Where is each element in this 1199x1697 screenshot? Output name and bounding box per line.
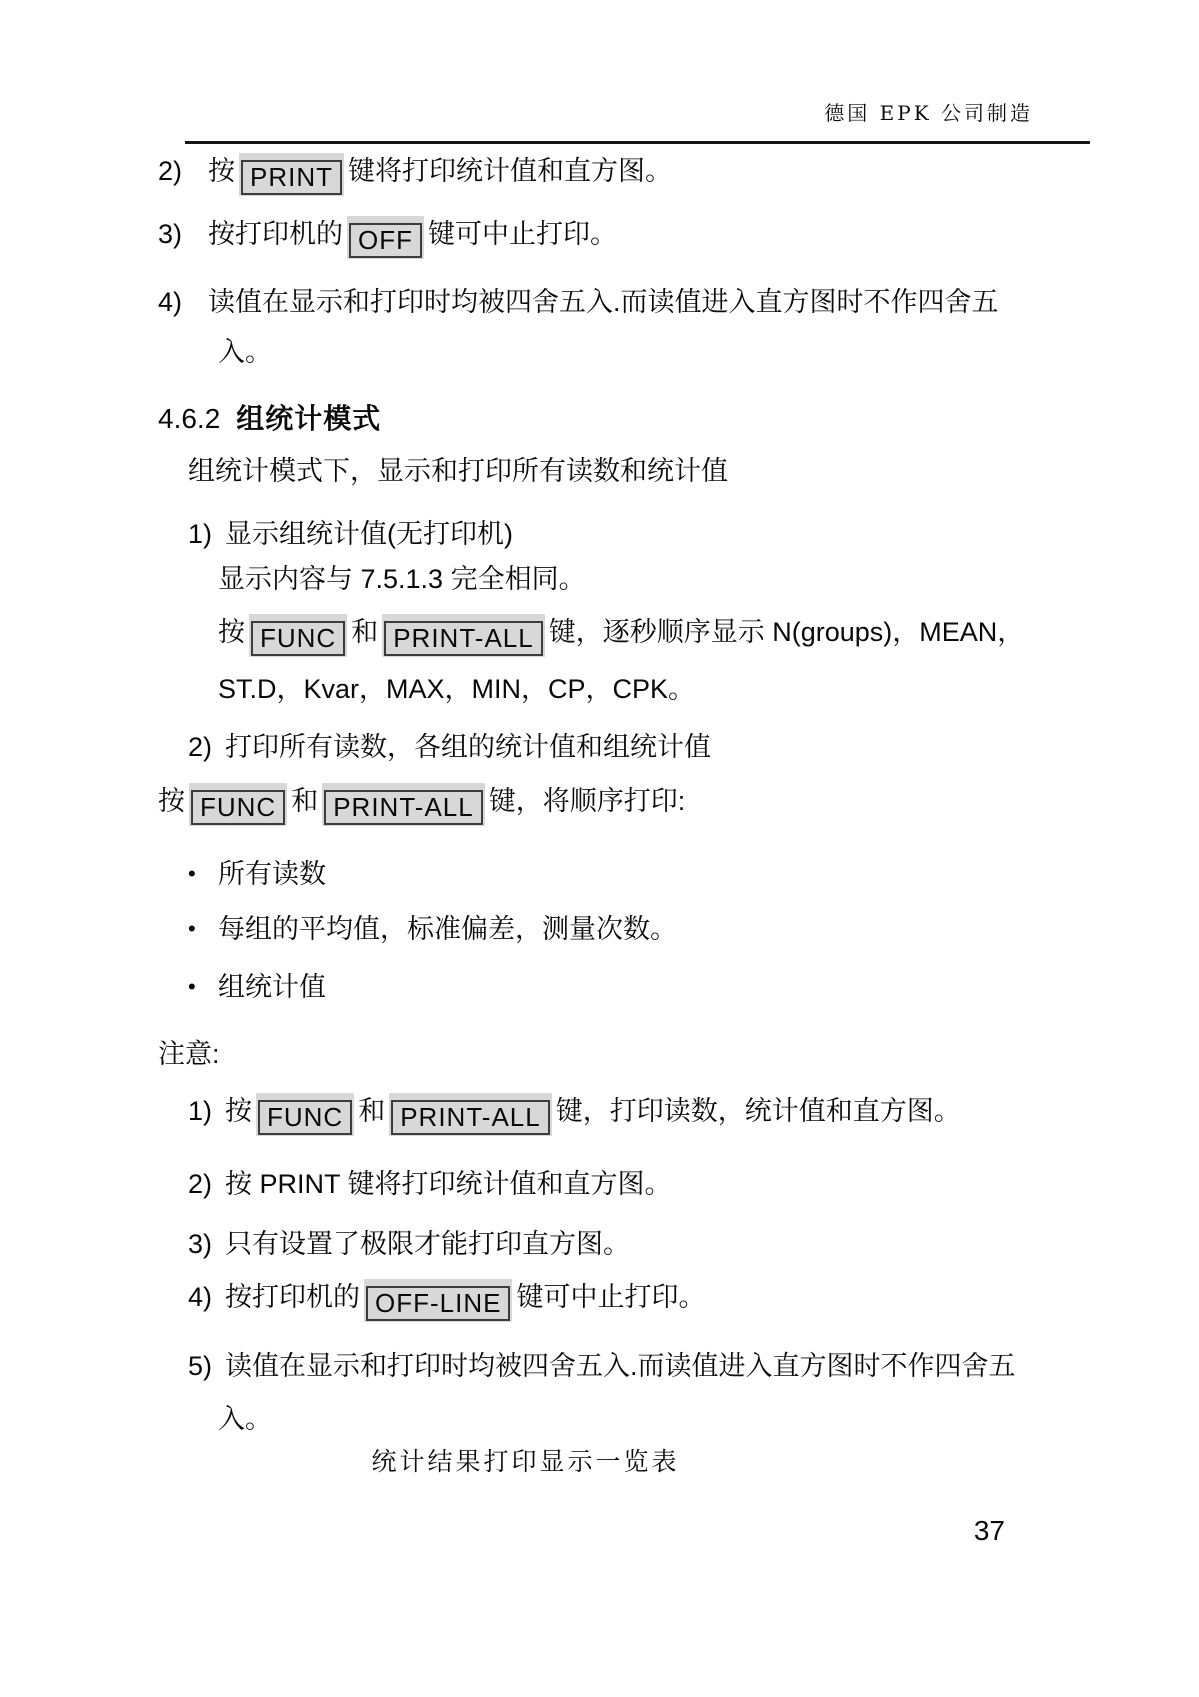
item-number: 4) [188,1277,225,1317]
bullet-text: 组统计值 [218,972,326,1002]
text-segment: 按 [158,786,185,816]
keycap-print-all: PRINT-ALL [382,614,545,657]
bullet-text: 所有读数 [218,859,326,889]
text-segment: 键，逐秒顺序显示 N(groups)，MEAN， [549,617,1025,647]
sub-item-2: 2)打印所有读数，各组的统计值和组统计值 [188,727,1199,767]
text-segment: 入。 [218,1404,272,1434]
section-heading: 4.6.2组统计模式 [158,399,1199,439]
list-item-3: 3)按打印机的OFF键可中止打印。 [158,214,1199,259]
note-item-2: 2)按 PRINT 键将打印统计值和直方图。 [188,1164,1199,1204]
text-segment: 和 [351,617,378,647]
bullet-item: •所有读数 [188,854,1199,894]
text-segment: 按打印机的 [208,219,343,249]
keycap-label: PRINT [241,160,342,195]
sub-item-1-line2: 按FUNC和PRINT-ALL键，逐秒顺序显示 N(groups)，MEAN， [218,612,1199,657]
text-segment: 按 [218,617,245,647]
text-segment: 按 PRINT 键将打印统计值和直方图。 [225,1169,672,1199]
item-number: 5) [188,1346,225,1386]
note-label: 注意: [158,1034,1199,1074]
document-page: 德国 EPK 公司制造 2)按PRINT键将打印统计值和直方图。 3)按打印机的… [0,0,1199,1697]
bullet-text: 每组的平均值，标准偏差，测量次数。 [218,914,677,944]
sub-item-1-line3: ST.D，Kvar，MAX，MIN，CP，CPK。 [218,669,1199,709]
text-segment: 键可中止打印。 [428,219,617,249]
keycap-label: FUNC [258,1100,352,1135]
page-number-text: 37 [974,1515,1005,1546]
sub-item-1: 1)显示组统计值(无打印机) [188,514,1199,554]
keycap-label: PRINT-ALL [391,1100,550,1135]
text-segment: 按打印机的 [225,1282,360,1312]
item-number: 2) [188,1164,225,1204]
item-number: 1) [188,514,225,554]
note-item-1: 1)按FUNC和PRINT-ALL键，打印读数，统计值和直方图。 [188,1091,1199,1136]
item-number: 2) [158,151,208,191]
item-number: 4) [158,282,208,322]
item-number: 2) [188,727,225,767]
page-header: 德国 EPK 公司制造 [0,0,1199,126]
text-segment: 键可中止打印。 [516,1282,705,1312]
note-item-4: 4)按打印机的OFF-LINE键可中止打印。 [188,1277,1199,1322]
print-sequence-line: 按FUNC和PRINT-ALL键，将顺序打印: [158,781,1199,826]
text-segment: 显示组统计值(无打印机) [225,519,513,549]
text-segment: 显示内容与 7.5.1.3 完全相同。 [218,564,586,594]
keycap-func: FUNC [256,1093,354,1136]
text-segment: 按 [225,1096,252,1126]
keycap-label: FUNC [251,621,345,656]
text-segment: 组统计模式下，显示和打印所有读数和统计值 [188,456,728,486]
note-item-5: 5)读值在显示和打印时均被四舍五入.而读值进入直方图时不作四舍五 [188,1346,1199,1386]
sub-item-1-line1: 显示内容与 7.5.1.3 完全相同。 [218,559,1199,599]
header-rule [185,141,1090,144]
list-item-4: 4)读值在显示和打印时均被四舍五入.而读值进入直方图时不作四舍五 [158,282,1199,322]
bullet-icon: • [188,967,218,1007]
text-segment: 键，打印读数，统计值和直方图。 [556,1096,961,1126]
keycap-label: PRINT-ALL [324,790,483,825]
item-number: 3) [188,1224,225,1264]
keycap-label: FUNC [191,790,285,825]
keycap-off-line: OFF-LINE [364,1279,512,1322]
bullet-icon: • [188,854,218,894]
section-title: 组统计模式 [236,403,381,434]
intro-paragraph: 组统计模式下，显示和打印所有读数和统计值 [188,451,1199,491]
text-segment: 和 [291,786,318,816]
text-segment: 读值在显示和打印时均被四舍五入.而读值进入直方图时不作四舍五 [225,1351,1016,1381]
note-item-3: 3)只有设置了极限才能打印直方图。 [188,1224,1199,1264]
keycap-func: FUNC [189,783,287,826]
page-number: 37 [0,1511,1199,1551]
keycap-print-all: PRINT-ALL [389,1093,552,1136]
text-segment: 打印所有读数，各组的统计值和组统计值 [225,732,711,762]
keycap-off: OFF [347,216,424,259]
bullet-item: •组统计值 [188,967,1199,1007]
text-segment: 读值在显示和打印时均被四舍五入.而读值进入直方图时不作四舍五 [208,287,999,317]
item-number: 1) [188,1091,225,1131]
keycap-label: OFF-LINE [366,1286,510,1321]
keycap-func: FUNC [249,614,347,657]
keycap-print-all: PRINT-ALL [322,783,485,826]
text-segment: 注意: [158,1039,220,1069]
bullet-icon: • [188,909,218,949]
note-item-5-continuation: 入。 [218,1399,1199,1439]
text-segment: 入。 [218,337,272,367]
caption-text: 统计结果打印显示一览表 [371,1447,679,1476]
text-segment: 和 [358,1096,385,1126]
bullet-item: •每组的平均值，标准偏差，测量次数。 [188,909,1199,949]
text-segment: 只有设置了极限才能打印直方图。 [225,1229,630,1259]
keycap-label: OFF [349,223,422,258]
keycap-print: PRINT [239,153,344,196]
text-segment: ST.D，Kvar，MAX，MIN，CP，CPK。 [218,674,695,704]
text-segment: 按 [208,156,235,186]
header-text: 德国 EPK 公司制造 [824,101,1033,125]
text-segment: 键将打印统计值和直方图。 [348,156,672,186]
text-segment: 键，将顺序打印: [489,786,686,816]
section-number: 4.6.2 [158,403,220,434]
list-item-2: 2)按PRINT键将打印统计值和直方图。 [158,151,1199,196]
table-caption: 统计结果打印显示一览表 [0,1442,1199,1482]
keycap-label: PRINT-ALL [384,621,543,656]
item-number: 3) [158,214,208,254]
list-item-4-continuation: 入。 [218,332,1199,372]
